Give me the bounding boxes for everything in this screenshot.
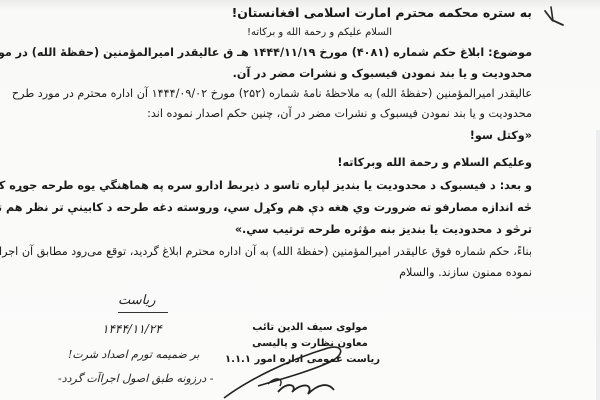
addressee: به ستره محکمه محترم امارت اسلامی افغانست… bbox=[232, 5, 532, 21]
body-line-2: څه اندازه مصارفو ته ضرورت وي هغه دې هم و… bbox=[0, 200, 532, 216]
body-line-3: ترڅو د محدودیت یا بندیز بنه مؤثره طرحه ت… bbox=[235, 222, 532, 238]
margin-note-heading: ریاست bbox=[118, 293, 156, 308]
reply-greeting: وعلیکم السلام و رحمة الله وبرکاته! bbox=[337, 155, 532, 171]
closing-line-1: بناءً، حکم شماره فوق عالیقدر امیرالمؤمنی… bbox=[0, 244, 532, 260]
handwritten-signature-icon bbox=[218, 340, 348, 400]
margin-note-line-1: بر ضمیمه تورم اصداد شرت! bbox=[68, 348, 199, 361]
page-edge-shadow bbox=[596, 130, 600, 400]
scanned-letter-page: به ستره محکمه محترم امارت اسلامی افغانست… bbox=[0, 0, 600, 400]
margin-note-line-2: - درزونه طبق اصول اجراآت گردد- bbox=[58, 372, 214, 385]
greeting: السلام علیکم و رحمة الله و برکاته! bbox=[247, 25, 392, 41]
margin-note-date: ۱۴۴۴/۱۱/۲۴ bbox=[102, 322, 162, 336]
handwritten-checkmark-icon bbox=[543, 5, 567, 27]
closing-line-2: نموده ممنون سازند. والسلام bbox=[399, 265, 532, 281]
margin-note-underline bbox=[118, 312, 168, 313]
quote-open: «وکتل سو! bbox=[470, 128, 532, 144]
intro-line-2: محدودیت و یا بند نمودن فیسبوک و نشرات مض… bbox=[147, 106, 532, 122]
subject-line-2: محدودیت و یا بند نمودن فیسبوک و نشرات مض… bbox=[233, 66, 532, 82]
body-line-1: و بعد: د فیسبوک د محدودیت یا بندیز لپاره… bbox=[0, 178, 532, 194]
signatory-name: مولوی سیف الدین تائب bbox=[240, 320, 380, 336]
intro-line-1: عالیقدر امیرالمؤمنین (حفظهٔ الله) به ملا… bbox=[12, 86, 532, 102]
subject-line-1: موضوع: ابلاغ حکم شماره (۴۰۸۱) مورخ ۱۴۴۴/… bbox=[0, 45, 532, 61]
